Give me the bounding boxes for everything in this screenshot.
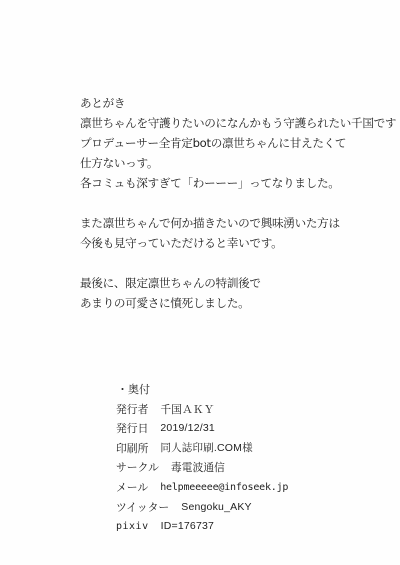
- colophon-row-mail: メール helpmeeeee@infoseek.jp: [116, 478, 376, 498]
- colophon-row-pixiv: pixiv ID=176737: [116, 517, 376, 537]
- colophon-value: 2019/12/31: [160, 419, 215, 439]
- colophon-label: サークル: [116, 458, 159, 478]
- colophon-section: ・奥付 発行者 千国ＡＫＹ 発行日 2019/12/31 印刷所 同人誌印刷.C…: [116, 380, 376, 537]
- colophon-label: 印刷所: [116, 439, 148, 459]
- colophon-row-twitter: ツイッター Sengoku_AKY: [116, 498, 376, 518]
- paragraph-gap: [80, 193, 390, 213]
- colophon-twitter-handle: Sengoku_AKY: [181, 498, 252, 518]
- colophon-heading: ・奥付: [116, 380, 376, 400]
- colophon-pixiv-id: ID=176737: [161, 517, 214, 537]
- afterword-line: 仕方ないっす。: [80, 153, 390, 173]
- colophon-row-publisher: 発行者 千国ＡＫＹ: [116, 400, 376, 420]
- afterword-line: 凛世ちゃんを守護りたいのになんかもう守護られたい千国です: [80, 113, 390, 133]
- afterword-line: プロデューサー全肯定botの凛世ちゃんに甘えたくて: [80, 133, 390, 153]
- colophon-label: メール: [116, 478, 148, 498]
- afterword-line: あまりの可愛さに憤死しました。: [80, 293, 390, 313]
- paragraph-gap: [80, 253, 390, 273]
- afterword-line: 各コミュも深すぎて「わーーー」ってなりました。: [80, 173, 390, 193]
- colophon-row-printer: 印刷所 同人誌印刷.COM様: [116, 439, 376, 459]
- afterword-line: 最後に、限定凛世ちゃんの特訓後で: [80, 273, 390, 293]
- afterword-section: あとがき 凛世ちゃんを守護りたいのになんかもう守護られたい千国です プロデューサ…: [80, 93, 390, 313]
- colophon-label: 発行日: [116, 419, 148, 439]
- colophon-value: 千国ＡＫＹ: [160, 400, 214, 420]
- colophon-value: 同人誌印刷.COM様: [160, 439, 252, 459]
- afterword-title: あとがき: [80, 93, 390, 113]
- colophon-value: 毒電波通信: [171, 458, 225, 478]
- afterword-line: また凛世ちゃんで何か描きたいので興味湧いた方は: [80, 213, 390, 233]
- page: あとがき 凛世ちゃんを守護りたいのになんかもう守護られたい千国です プロデューサ…: [0, 0, 400, 565]
- colophon-label: ツイッター: [116, 498, 169, 518]
- colophon-email: helpmeeeee@infoseek.jp: [160, 478, 288, 498]
- colophon-row-circle: サークル 毒電波通信: [116, 458, 376, 478]
- colophon-row-date: 発行日 2019/12/31: [116, 419, 376, 439]
- colophon-label: pixiv: [116, 517, 149, 537]
- colophon-label: 発行者: [116, 400, 148, 420]
- afterword-line: 今後も見守っていただけると幸いです。: [80, 233, 390, 253]
